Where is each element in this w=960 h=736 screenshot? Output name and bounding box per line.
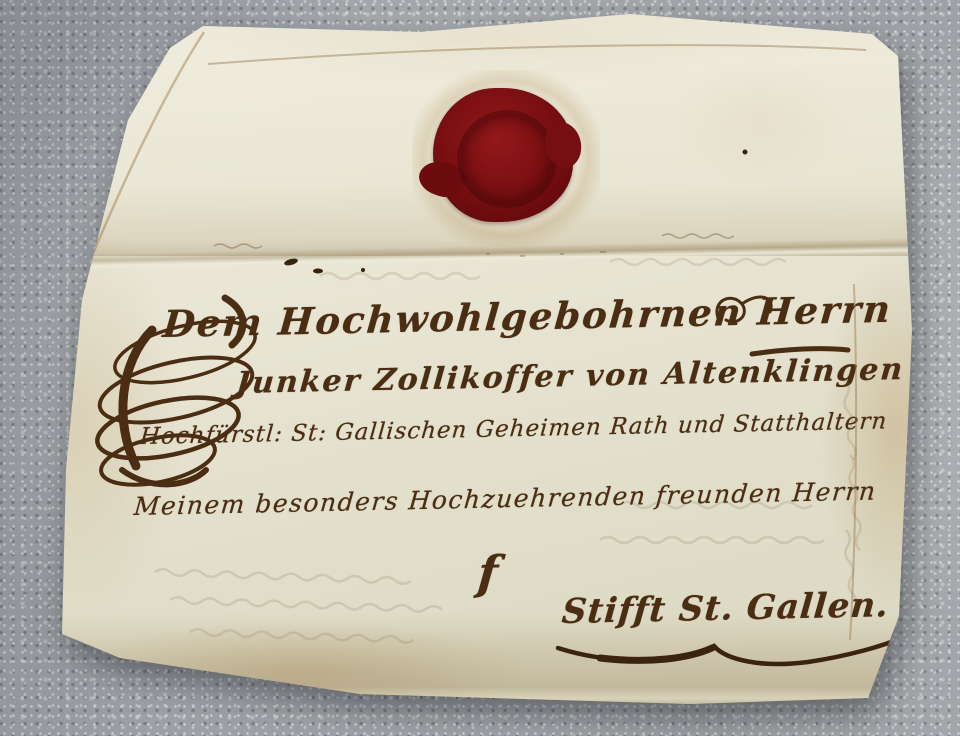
letter-shadow: Dem Hochwohlgebohrnen Herrn Junker Zolli…	[0, 0, 960, 736]
letter-paper: Dem Hochwohlgebohrnen Herrn Junker Zolli…	[0, 0, 960, 736]
destination-line: Stifft St. Gallen.	[560, 585, 890, 632]
photograph: Dem Hochwohlgebohrnen Herrn Junker Zolli…	[0, 0, 960, 736]
seal-impression-ring	[457, 110, 557, 208]
wax-seal	[433, 88, 573, 222]
